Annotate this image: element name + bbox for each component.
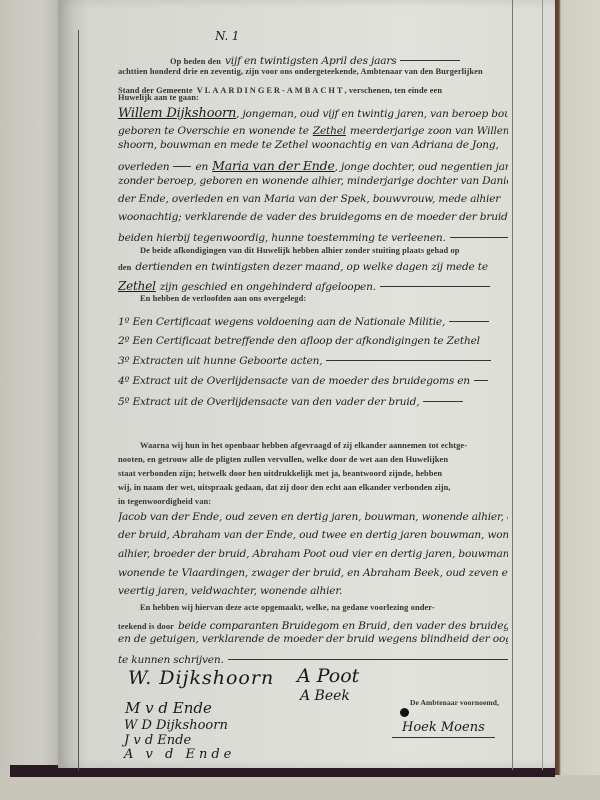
groom-name: Willem Dijkshoorn — [118, 106, 236, 121]
fill-line — [474, 380, 488, 381]
signature-witness-beek: A Beek — [300, 688, 350, 704]
proclamations-line-2: den dertienden en twintigsten dezer maan… — [118, 257, 508, 275]
official-label: De Ambtenaar voornoemd, — [410, 698, 510, 707]
closing-line-1: En hebben wij hiervan deze acte opgemaak… — [118, 603, 530, 612]
signature-father: W D Dijkshoorn — [124, 718, 228, 733]
groom-details-2: geboren te Overschie en wonende te — [118, 125, 309, 137]
signature-witness-ende-1: J v d Ende — [124, 733, 191, 748]
right-margin-rule — [512, 0, 513, 770]
proclamation-place: Zethel — [118, 279, 156, 293]
fill-line — [380, 286, 490, 287]
signature-witness-poot: A Poot — [297, 665, 359, 687]
document-item-text: 5º Extract uit de Overlijdensacte van de… — [118, 396, 419, 408]
bride-line-5: beiden hierbij tegenwoordig, hunne toest… — [118, 228, 508, 246]
groom-residence: Zethel — [313, 125, 346, 137]
fill-line — [450, 237, 508, 238]
fill-line — [400, 60, 460, 61]
intro-printed-1: Op heden den — [170, 57, 221, 66]
documents-heading: En hebben de verloofden aan ons overgele… — [118, 294, 530, 303]
conjunction: en — [195, 161, 208, 173]
fill-line — [228, 659, 508, 660]
groom-line-3: shoorn, bouwman en mede te Zethel woonac… — [118, 139, 508, 151]
signature-witness-ende-2: A v d Ende — [124, 747, 235, 762]
left-margin-rule — [78, 30, 79, 770]
witnesses-line: der bruid, Abraham van der Ende, oud twe… — [118, 529, 508, 541]
bride-line-3: der Ende, overleden en van Maria van der… — [118, 193, 508, 205]
document-item-text: 1º Een Certificaat wegens voldoening aan… — [118, 316, 445, 328]
signature-groom: W. Dijkshoorn — [128, 667, 274, 689]
document-item: 4º Extract uit de Overlijdensacte van de… — [118, 371, 508, 389]
marriage-date: vijf en twintigsten April des jaars — [225, 55, 396, 67]
proclamation-result: zijn geschied en ongehinderd afgeloopen. — [160, 281, 376, 293]
document-item: 1º Een Certificaat wegens voldoening aan… — [118, 312, 508, 330]
vows-line: Waarna wij hun in het openbaar hebben af… — [118, 441, 530, 450]
closing-line-2: teekend is door beide comparanten Bruide… — [118, 616, 508, 634]
intro-line-2: achttien honderd drie en zeventig, zijn … — [118, 67, 508, 76]
witnesses-line: veertig jaren, veldwachter, wonende alhi… — [118, 585, 508, 597]
groom-details-3: meerderjarige zoon van Willem Dijk- — [350, 125, 508, 137]
binding-hole — [400, 708, 409, 717]
vows-line: staat verbonden zijn; hetwelk door hen u… — [118, 469, 508, 478]
record-number: N. 1 — [215, 29, 275, 43]
groom-line-4: overleden en Maria van der Ende, jonge d… — [118, 157, 508, 175]
bride-line-2: zonder beroep, geboren en wonende alhier… — [118, 175, 508, 187]
vows-line: nooten, en getrouw alle de pligten zulle… — [118, 455, 508, 464]
document-item: 3º Extracten uit hunne Geboorte acten, — [118, 351, 508, 369]
proclamations-printed-2: den — [118, 263, 131, 272]
page-edge-rule — [542, 0, 543, 770]
closing-printed-2: teekend is door — [118, 622, 174, 631]
proclamations-line-3: Zethel zijn geschied en ongehinderd afge… — [118, 277, 508, 295]
document-item-text: 2º Een Certificaat betreffende den afloo… — [118, 335, 480, 347]
proclamation-dates: dertienden en twintigsten dezer maand, o… — [135, 261, 488, 273]
fill-line — [326, 360, 491, 361]
witnesses-line: Jacob van der Ende, oud zeven en dertig … — [118, 511, 508, 523]
background-left — [0, 0, 60, 800]
document-item-text: 3º Extracten uit hunne Geboorte acten, — [118, 355, 322, 367]
fill-line — [173, 166, 191, 167]
witnesses-line: alhier, broeder der bruid, Abraham Poot … — [118, 548, 508, 560]
fill-line — [423, 401, 463, 402]
closing-line-3: en de getuigen, verklarende de moeder de… — [118, 633, 508, 645]
intro-line-4: Huwelijk aan te gaan: — [118, 93, 508, 102]
signature-official: Hoek Moens — [392, 720, 495, 738]
consent-text: beiden hierbij tegenwoordig, hunne toest… — [118, 232, 446, 244]
closing-handwritten-1: beide comparanten Bruidegom en Bruid, de… — [178, 620, 508, 632]
bride-details-1: , jonge dochter, oud negentien jaren, — [335, 161, 508, 173]
witnesses-line: wonende te Vlaardingen, zwager der bruid… — [118, 567, 508, 579]
background-right — [555, 0, 600, 800]
background-bottom — [0, 775, 600, 800]
groom-line-1: Willem Dijkshoorn, jongeman, oud vijf en… — [118, 104, 508, 122]
fill-line — [449, 321, 489, 322]
proclamations-line-1: De beide afkondigingen van dit Huwelijk … — [118, 246, 530, 255]
document-item: 2º Een Certificaat betreffende den afloo… — [118, 331, 508, 349]
document-item: 5º Extract uit de Overlijdensacte van de… — [118, 392, 508, 410]
groom-line-2: geboren te Overschie en wonende te Zethe… — [118, 121, 508, 139]
signature-bride: M v d Ende — [125, 699, 212, 717]
vows-line: in tegenwoordigheid van: — [118, 497, 508, 506]
closing-handwritten-3: te kunnen schrijven. — [118, 654, 224, 666]
groom-details-4: overleden — [118, 161, 169, 173]
bride-name: Maria van der Ende — [212, 158, 335, 173]
document-item-text: 4º Extract uit de Overlijdensacte van de… — [118, 375, 470, 387]
bride-line-4: woonachtig; verklarende de vader des bru… — [118, 211, 508, 223]
groom-details-1: , jongeman, oud vijf en twintig jaren, v… — [236, 108, 508, 120]
vows-line: wij, in naam der wet, uitspraak gedaan, … — [118, 483, 508, 492]
